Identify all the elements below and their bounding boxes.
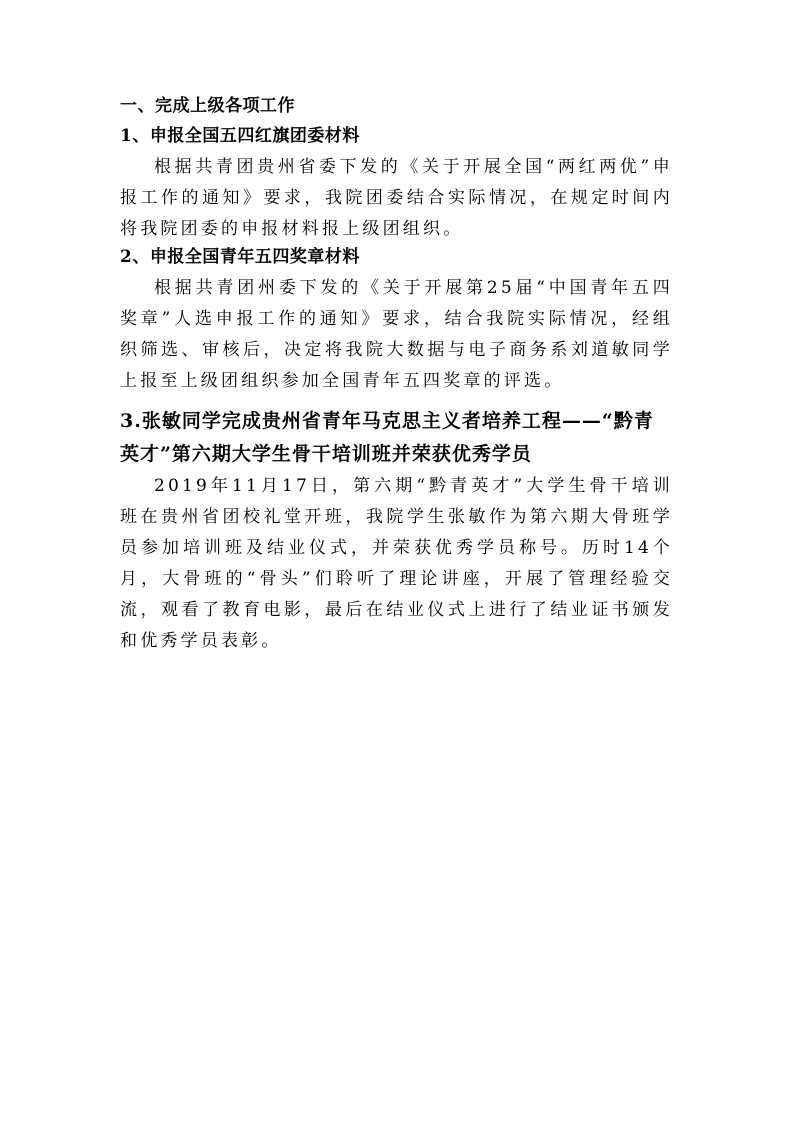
section-title: 一、完成上级各项工作 [120, 96, 673, 116]
item-3-paragraph: 2019年11月17日，第六期“黔青英才”大学生骨干培训班在贵州省团校礼堂开班，… [120, 471, 673, 657]
document-page: 一、完成上级各项工作 1、申报全国五四红旗团委材料 根据共青团贵州省委下发的《关… [120, 96, 673, 657]
item-1-paragraph: 根据共青团贵州省委下发的《关于开展全国“两红两优”申报工作的通知》要求，我院团委… [120, 152, 673, 245]
item-2-paragraph: 根据共青团州委下发的《关于开展第25届“中国青年五四奖章”人选申报工作的通知》要… [120, 273, 673, 397]
item-1-heading: 1、申报全国五四红旗团委材料 [120, 126, 673, 146]
item-2-heading: 2、申报全国青年五四奖章材料 [120, 247, 673, 267]
item-3-heading: 3.张敏同学完成贵州省青年马克思主义者培养工程——“黔青英才”第六期大学生骨干培… [120, 405, 673, 471]
